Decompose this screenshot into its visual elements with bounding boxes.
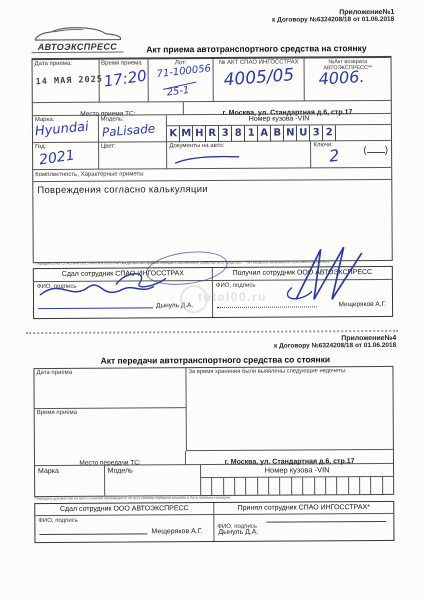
fio-label-right: ФИО, подпись [213,280,392,292]
act1-sign-right-name: Мещеряков А.Г. [338,301,386,308]
vin-empty-cell [224,478,235,495]
act1-vehicle-row: Марка: Hyundai Модель: PaLisade Номер ку… [33,114,391,143]
act2-model-cell: Модель [105,465,202,496]
act2-date-cell: Дата приема [34,368,186,409]
paren-line [367,145,385,153]
act2-date-label: Дата приема [34,368,185,378]
act2-top-row: Дата приема Время приема За время хранен… [34,367,393,452]
lot-cell: Лот: 71-100056 25-1 [149,59,214,102]
vin-char-cell: H [193,126,206,142]
vin-char-cell: 3 [310,125,323,141]
act-number-value: 4005/05 [223,65,295,90]
act2-left-col: Дата приема Время приема [34,368,187,452]
vin-char-cell: K [167,126,180,142]
vin-empty-cell [201,478,212,495]
date-stamp: 14 МАЯ 2025 [35,74,103,87]
act1-footnote: * Передается на СПАО ИНГОССТРАХ и в ООО … [33,260,392,266]
model-value: PaLisade [101,122,155,140]
vin-char-cell: U [297,125,310,141]
car-logo-icon [31,25,123,43]
act2-model-label: Модель [105,465,201,477]
time-value: 17:20 [102,66,147,90]
act2-sign-right-header: Принял сотрудник СПАО ИНГОССТРАХ* [214,502,393,515]
vin-grid-empty [201,477,393,495]
fio-label-left: ФИО, подпись [34,281,212,293]
vin-empty-cell [292,477,303,494]
appendix1-header: Приложение№1 к Договору №6324208/18 от 0… [272,9,394,24]
appendix4-header: Приложение№4 к Договору №6324208/18 от 0… [274,335,396,350]
vin-empty-cell [315,477,326,494]
act1-sign-body-row: ФИО, подпись Дынуль Д.А. ФИО, подпись Ме… [34,280,392,318]
vin-char-cell: N [284,125,297,141]
act2-sign-line-right [266,521,386,523]
color-cell: Цвет: [99,142,168,169]
scanned-document: Приложение№1 к Договору №6324208/18 от 0… [0,0,424,600]
vin-empty-cell [337,477,348,494]
act1-title: Акт приема автотранспортного средства на… [118,43,394,55]
vin-empty-cell [303,477,314,494]
make-cell: Марка: Hyundai [33,116,99,143]
act2-signature-table: Сдал сотрудник ООО АВТОЭКСПРЕСС Принял с… [34,501,394,543]
act1-sign-left-name: Дынуль Д.А. [156,302,193,309]
vin-empty-cell [349,477,360,494]
damage-cell: Повреждения согласно калькуляции [33,180,391,262]
act2-time-cell: Время приема [35,408,187,452]
company-logo: АВТОЭКСПРЕСС [31,25,123,54]
return-act-cell: №Акт возврата АВТОЭКСПРЕСС** 4006. [305,58,391,102]
vin-empty-cell [235,478,246,495]
act1-sign-left-cell: ФИО, подпись Дынуль Д.А. [34,281,213,318]
vin-empty-cell [360,477,371,494]
place-label-cell: Место приема ТС: [33,102,184,116]
vin-char-cell: B [271,126,284,142]
vin-char-cell: R [206,126,219,142]
vin-empty-cell [281,478,292,495]
act2-vin-block: Номер кузова -VIN [201,464,393,495]
act2-vehicle-row: Марка Модель Номер кузова -VIN [35,464,393,496]
act2-make-label: Марка [35,466,104,477]
lot-value-bottom: 25-1 [167,85,191,98]
sign-line-left [38,307,153,309]
act2-sign-line-left [39,533,147,535]
return-act-value: 4006. [319,67,366,89]
act2-sign-left-header: Сдал сотрудник ООО АВТОЭКСПРЕСС [35,503,214,516]
color-label: Цвет: [99,142,167,151]
act2-defects-label: За время хранения были выявлены следующи… [186,367,392,377]
vin-empty-cell [213,478,224,495]
vin-char-cell: 1 [245,126,258,142]
act2-sign-body-row: ФИО, подпись Мещеряков А.Г. ФИО, подпись… [35,514,393,542]
act2-sign-right-cell: ФИО, подпись Дынуль Д.А. [214,514,393,541]
vin-empty-cell [247,478,258,495]
act1-table: Дата приема: 14 МАЯ 2025 Время приема 17… [32,56,393,263]
act2-sign-left-name: Мещеряков А.Г. [151,528,202,535]
keys-cell: Ключи: 2 () [311,141,391,168]
place-value-cell: г. Москва, ул. Стандартная д.6, стр.17 [184,101,391,115]
year-cell: Год: 2021 [33,143,99,170]
act1-sign-left-header: Сдал сотрудник СПАО ИНГОССТРАХ [34,268,213,282]
appendix1-contract: к Договору №6324208/18 от 01.06.2018 [272,16,394,24]
act2-sign-left-cell: ФИО, подпись Мещеряков А.Г. [35,515,214,542]
appendix4-contract: к Договору №6324208/18 от 01.06.2018 [274,342,396,350]
act2-table: Дата приема Время приема За время хранен… [33,366,394,497]
act2-fio-label-left: ФИО, подпись [35,515,213,527]
vin-cell-block: Номер кузова -VIN KMHR381ABNU32 [167,114,391,142]
act2-defects-cell: За время хранения были выявлены следующи… [186,367,393,451]
paren-close: ) [385,145,388,156]
act2-make-cell: Марка [35,466,105,496]
tear-line [26,330,398,334]
act2-title: Акт передачи автотранспортного средства … [70,354,360,366]
act2-footnote: *Передача документов на авто и ключей пр… [34,495,393,501]
act-number-cell: № АКТ СПАО ИНГОССТРАХ 4005/05 [214,58,306,102]
completeness-label: Комплектность, Характерные приметы [33,168,391,181]
sign-line-right [217,306,317,308]
vin-empty-cell [269,478,280,495]
act2-sign-right-name: Дынуль Д.А. [218,529,258,536]
vin-empty-cell [326,477,337,494]
vin-char-cell: 2 [323,125,336,141]
date-label: Дата приема: [33,60,99,69]
vin-empty-cell [371,477,382,494]
act1-row-top: Дата приема: 14 МАЯ 2025 Время приема 17… [33,58,391,103]
act1-signature-table: Сдал сотрудник СПАО ИНГОССТРАХ Получил с… [33,266,393,319]
vin-empty-cell [383,477,393,494]
act2-time-label: Время приема [35,408,186,418]
act1-sign-right-header: Получил сотрудник ООО АВТОЭКСПРЕСС [213,267,392,281]
vin-grid-filler [336,125,391,141]
model-cell: Модель: PaLisade [99,115,168,142]
act1-damage-row: Повреждения согласно калькуляции [33,180,391,262]
act2-place-value-cell: г. Москва, ул. Стандартная д.6, стр.17 [186,450,393,465]
time-cell: Время приема 17:20 [99,59,149,102]
date-cell: Дата приема: 14 МАЯ 2025 [33,60,100,103]
vin-grid-filled: KMHR381ABNU32 [167,125,391,142]
keys-brackets: () [363,145,388,156]
damage-text: Повреждения согласно калькуляции [33,180,391,199]
vin-char-cell: 3 [219,126,232,142]
vin-char-cell: A [258,126,271,142]
vin-empty-cell [258,478,269,495]
logo-text: АВТОЭКСПРЕСС [31,42,123,54]
act1-detail-row: Год: 2021 Цвет: Документы на авто: Ключи… [33,141,391,170]
act2-vin-label: Номер кузова -VIN [201,464,393,478]
vin-char-cell: 8 [232,126,245,142]
docs-label: Документы на авто: [167,141,310,150]
act2-place-label-cell: Место передачи ТС: [35,451,186,466]
vin-char-cell: M [180,126,193,142]
docs-cell: Документы на авто: [167,141,311,169]
act1-sign-right-cell: ФИО, подпись Мещеряков А.Г. [213,280,392,317]
